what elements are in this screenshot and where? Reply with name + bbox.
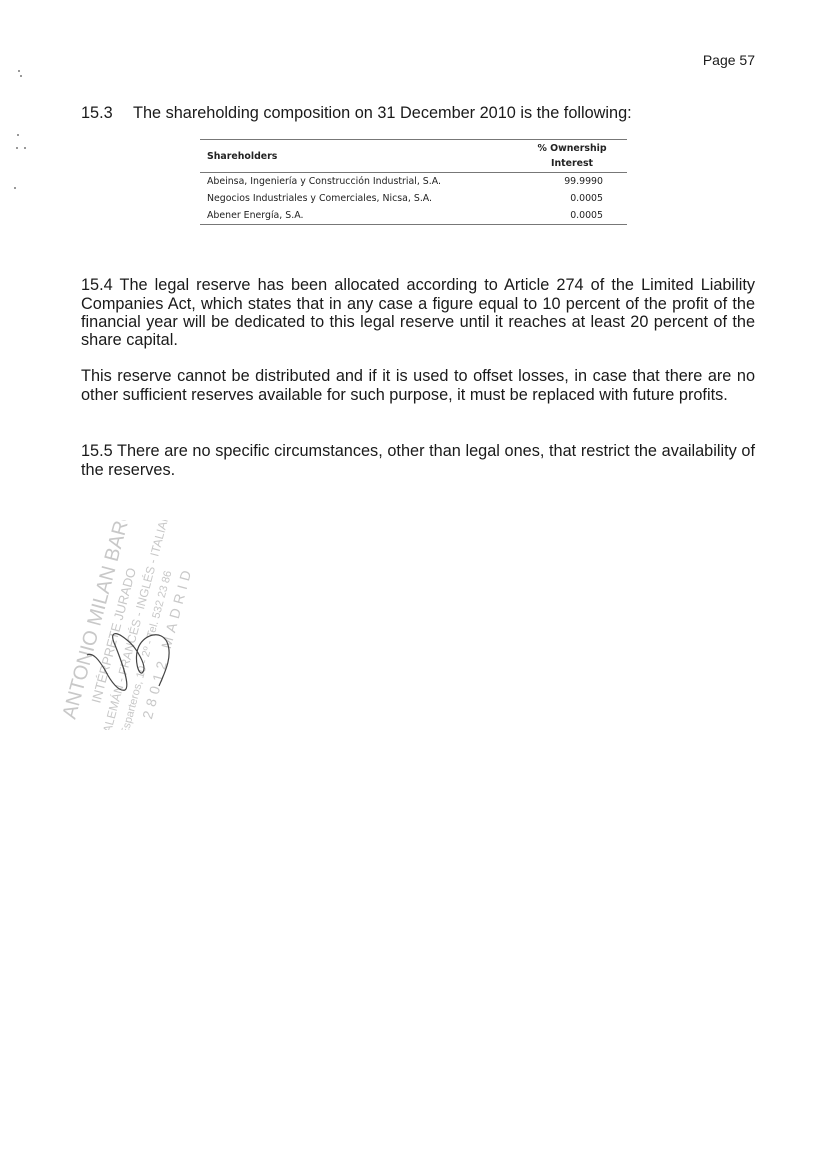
paragraph-15-4: 15.4 The legal reserve has been allocate…	[81, 276, 755, 349]
section-title: The shareholding composition on 31 Decem…	[133, 104, 632, 122]
stamp-graphic: ANTONIO MILAN BARCELO INTÉRPRETE JURADO …	[35, 520, 215, 730]
page-number: Page 57	[703, 52, 755, 68]
shareholder-name: Abener Energía, S.A.	[200, 207, 517, 225]
scan-speck	[24, 147, 26, 149]
shareholder-name: Abeinsa, Ingeniería y Construcción Indus…	[200, 173, 517, 191]
table-row: Abeinsa, Ingeniería y Construcción Indus…	[200, 173, 627, 191]
paragraph-15-4-reserve: This reserve cannot be distributed and i…	[81, 367, 755, 403]
section-15-3-heading: 15.3The shareholding composition on 31 D…	[81, 104, 632, 123]
scan-speck	[18, 70, 20, 72]
section-number: 15.3	[81, 104, 133, 123]
ownership-header-line2: Interest	[551, 158, 593, 169]
shareholder-name: Negocios Industriales y Comerciales, Nic…	[200, 190, 517, 207]
scan-speck	[16, 147, 18, 149]
table-row: Abener Energía, S.A. 0.0005	[200, 207, 627, 225]
ownership-value: 99.9990	[517, 173, 627, 191]
table-header-row: Shareholders % Ownership Interest	[200, 140, 627, 173]
table-row: Negocios Industriales y Comerciales, Nic…	[200, 190, 627, 207]
ownership-value: 0.0005	[517, 207, 627, 225]
scan-speck	[17, 134, 19, 136]
ownership-value: 0.0005	[517, 190, 627, 207]
scan-speck	[20, 75, 22, 77]
shareholding-table: Shareholders % Ownership Interest Abeins…	[200, 139, 627, 225]
paragraph-15-5: 15.5 There are no specific circumstances…	[81, 442, 755, 478]
column-header-ownership: % Ownership Interest	[517, 140, 627, 173]
scan-speck	[14, 187, 16, 189]
translator-stamp: ANTONIO MILAN BARCELO INTÉRPRETE JURADO …	[35, 520, 215, 730]
ownership-header-line1: % Ownership	[537, 143, 606, 154]
column-header-shareholders: Shareholders	[200, 140, 517, 173]
